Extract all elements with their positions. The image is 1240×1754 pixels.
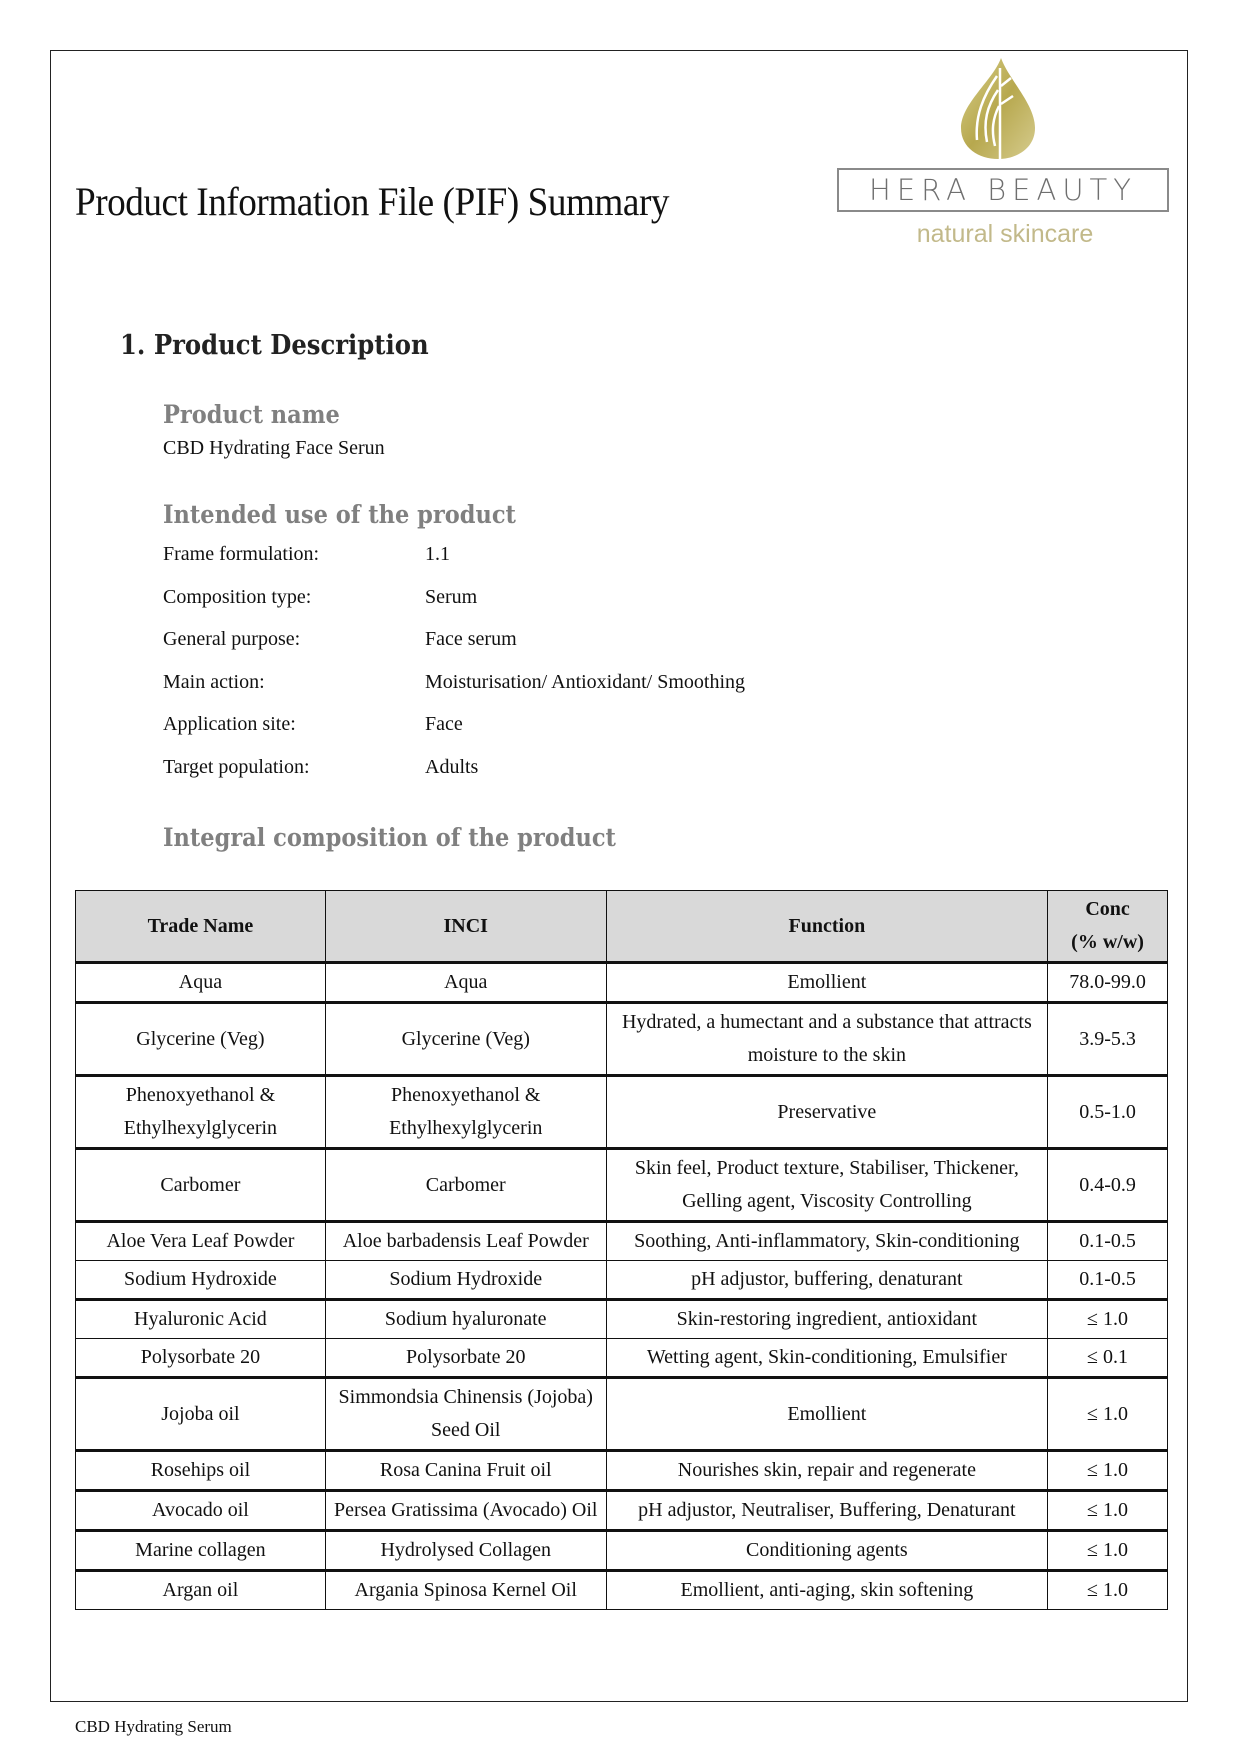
table-row: Avocado oilPersea Gratissima (Avocado) O… — [76, 1491, 1168, 1531]
table-row: AquaAquaEmollient78.0-99.0 — [76, 963, 1168, 1003]
cell-function: Emollient — [606, 1378, 1047, 1451]
cell-inci: Argania Spinosa Kernel Oil — [325, 1571, 606, 1610]
cell-trade-name: Aqua — [76, 963, 326, 1003]
table-row: Marine collagenHydrolysed CollagenCondit… — [76, 1531, 1168, 1571]
cell-trade-name: Phenoxyethanol & Ethylhexylglycerin — [76, 1076, 326, 1149]
section-heading-product-description: 1. Product Description — [120, 330, 429, 361]
table-row: CarbomerCarbomerSkin feel, Product textu… — [76, 1149, 1168, 1222]
intended-use-value: Serum — [425, 586, 477, 609]
cell-conc: 0.4-0.9 — [1048, 1149, 1168, 1222]
brand-name: HERA BEAUTY — [869, 173, 1137, 207]
cell-function: pH adjustor, buffering, denaturant — [606, 1261, 1047, 1300]
cell-function: Emollient, anti-aging, skin softening — [606, 1571, 1047, 1610]
document-title: Product Information File (PIF) Summary — [75, 178, 669, 225]
brand-tagline: natural skincare — [835, 220, 1175, 249]
table-header-row: Trade Name INCI Function Conc (% w/w) — [76, 891, 1168, 963]
brand-logo: HERA BEAUTY natural skincare — [835, 56, 1175, 256]
cell-function: Hydrated, a humectant and a substance th… — [606, 1003, 1047, 1076]
cell-trade-name: Hyaluronic Acid — [76, 1300, 326, 1339]
cell-function: Conditioning agents — [606, 1531, 1047, 1571]
intended-use-label: Frame formulation: — [163, 543, 319, 566]
header-conc-line2: (% w/w) — [1054, 926, 1161, 959]
table-row: Jojoba oilSimmondsia Chinensis (Jojoba) … — [76, 1378, 1168, 1451]
cell-inci: Carbomer — [325, 1149, 606, 1222]
cell-trade-name: Carbomer — [76, 1149, 326, 1222]
subheading-intended-use: Intended use of the product — [163, 500, 516, 529]
cell-trade-name: Polysorbate 20 — [76, 1339, 326, 1378]
cell-inci: Sodium Hydroxide — [325, 1261, 606, 1300]
table-row: Rosehips oilRosa Canina Fruit oilNourish… — [76, 1451, 1168, 1491]
cell-conc: ≤ 1.0 — [1048, 1491, 1168, 1531]
cell-conc: ≤ 1.0 — [1048, 1300, 1168, 1339]
cell-function: Preservative — [606, 1076, 1047, 1149]
intended-use-label: Application site: — [163, 713, 296, 736]
brand-name-box: HERA BEAUTY — [837, 168, 1169, 212]
header-conc: Conc (% w/w) — [1048, 891, 1168, 963]
page-footer: CBD Hydrating Serum — [75, 1717, 232, 1737]
intended-use-value: Adults — [425, 756, 478, 779]
table-row: Sodium HydroxideSodium HydroxidepH adjus… — [76, 1261, 1168, 1300]
product-name-value: CBD Hydrating Face Serun — [163, 437, 385, 460]
cell-conc: 0.5-1.0 — [1048, 1076, 1168, 1149]
subheading-integral-composition: Integral composition of the product — [163, 823, 616, 852]
header-function: Function — [606, 891, 1047, 963]
composition-table: Trade Name INCI Function Conc (% w/w) Aq… — [75, 890, 1168, 1610]
cell-trade-name: Jojoba oil — [76, 1378, 326, 1451]
intended-use-label: Composition type: — [163, 586, 311, 609]
table-row: Phenoxyethanol & EthylhexylglycerinPheno… — [76, 1076, 1168, 1149]
cell-inci: Persea Gratissima (Avocado) Oil — [325, 1491, 606, 1531]
cell-inci: Aloe barbadensis Leaf Powder — [325, 1222, 606, 1261]
leaf-drop-icon — [953, 56, 1043, 160]
intended-use-label: Main action: — [163, 671, 265, 694]
table-row: Polysorbate 20Polysorbate 20Wetting agen… — [76, 1339, 1168, 1378]
cell-function: Wetting agent, Skin-conditioning, Emulsi… — [606, 1339, 1047, 1378]
cell-conc: 0.1-0.5 — [1048, 1261, 1168, 1300]
cell-trade-name: Glycerine (Veg) — [76, 1003, 326, 1076]
cell-function: Skin feel, Product texture, Stabiliser, … — [606, 1149, 1047, 1222]
cell-function: Nourishes skin, repair and regenerate — [606, 1451, 1047, 1491]
cell-conc: ≤ 1.0 — [1048, 1451, 1168, 1491]
composition-table-body: AquaAquaEmollient78.0-99.0Glycerine (Veg… — [76, 963, 1168, 1610]
header-conc-line1: Conc — [1054, 893, 1161, 926]
intended-use-value: Face — [425, 713, 463, 736]
cell-conc: 3.9-5.3 — [1048, 1003, 1168, 1076]
cell-inci: Aqua — [325, 963, 606, 1003]
cell-trade-name: Argan oil — [76, 1571, 326, 1610]
cell-trade-name: Avocado oil — [76, 1491, 326, 1531]
cell-inci: Polysorbate 20 — [325, 1339, 606, 1378]
cell-inci: Phenoxyethanol & Ethylhexylglycerin — [325, 1076, 606, 1149]
intended-use-value: Face serum — [425, 628, 517, 651]
cell-conc: ≤ 1.0 — [1048, 1571, 1168, 1610]
cell-function: pH adjustor, Neutraliser, Buffering, Den… — [606, 1491, 1047, 1531]
cell-inci: Sodium hyaluronate — [325, 1300, 606, 1339]
intended-use-label: Target population: — [163, 756, 310, 779]
table-row: Hyaluronic AcidSodium hyaluronateSkin-re… — [76, 1300, 1168, 1339]
cell-trade-name: Marine collagen — [76, 1531, 326, 1571]
table-row: Aloe Vera Leaf PowderAloe barbadensis Le… — [76, 1222, 1168, 1261]
intended-use-value: Moisturisation/ Antioxidant/ Smoothing — [425, 671, 745, 694]
cell-trade-name: Aloe Vera Leaf Powder — [76, 1222, 326, 1261]
intended-use-label: General purpose: — [163, 628, 300, 651]
table-row: Argan oilArgania Spinosa Kernel OilEmoll… — [76, 1571, 1168, 1610]
cell-trade-name: Rosehips oil — [76, 1451, 326, 1491]
intended-use-value: 1.1 — [425, 543, 450, 566]
cell-function: Emollient — [606, 963, 1047, 1003]
cell-conc: 0.1-0.5 — [1048, 1222, 1168, 1261]
cell-conc: 78.0-99.0 — [1048, 963, 1168, 1003]
header-inci: INCI — [325, 891, 606, 963]
cell-conc: ≤ 1.0 — [1048, 1531, 1168, 1571]
cell-conc: ≤ 0.1 — [1048, 1339, 1168, 1378]
cell-inci: Rosa Canina Fruit oil — [325, 1451, 606, 1491]
cell-trade-name: Sodium Hydroxide — [76, 1261, 326, 1300]
cell-inci: Hydrolysed Collagen — [325, 1531, 606, 1571]
header-trade-name: Trade Name — [76, 891, 326, 963]
cell-inci: Glycerine (Veg) — [325, 1003, 606, 1076]
subheading-product-name: Product name — [163, 400, 340, 429]
table-row: Glycerine (Veg)Glycerine (Veg)Hydrated, … — [76, 1003, 1168, 1076]
cell-conc: ≤ 1.0 — [1048, 1378, 1168, 1451]
cell-function: Soothing, Anti-inflammatory, Skin-condit… — [606, 1222, 1047, 1261]
cell-function: Skin-restoring ingredient, antioxidant — [606, 1300, 1047, 1339]
cell-inci: Simmondsia Chinensis (Jojoba) Seed Oil — [325, 1378, 606, 1451]
